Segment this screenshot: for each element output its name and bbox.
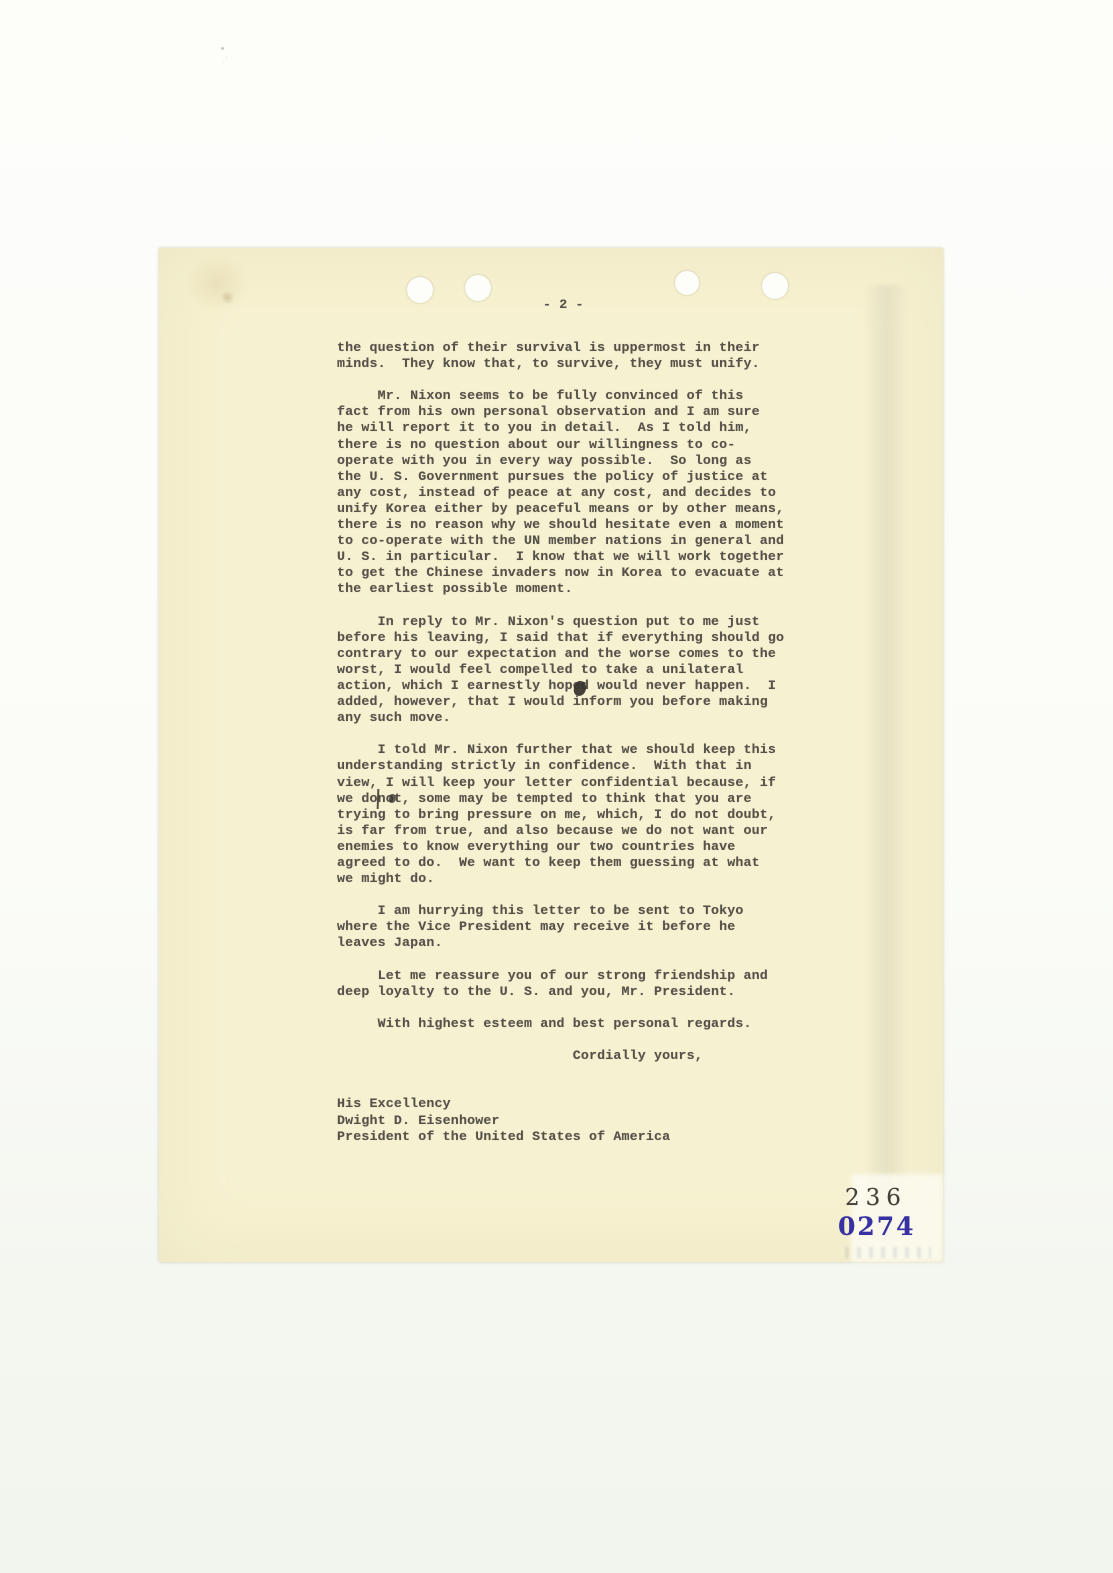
paragraph-1: the question of their survival is upperm… xyxy=(337,340,784,372)
scan-speck xyxy=(221,47,224,50)
paragraph-2: Mr. Nixon seems to be fully convinced of… xyxy=(337,388,784,597)
stamp-ghost-marks xyxy=(845,1247,931,1258)
scanner-smudge-streak xyxy=(864,285,908,1240)
address-block: His Excellency Dwight D. Eisenhower Pres… xyxy=(337,1096,784,1144)
letter-body: the question of their survival is upperm… xyxy=(337,340,784,1145)
paragraph-3: In reply to Mr. Nixon's question put to … xyxy=(337,614,784,727)
punch-hole-3 xyxy=(675,271,699,295)
paragraph-5: I am hurrying this letter to be sent to … xyxy=(337,903,784,951)
archive-stamp-blue: 0274 xyxy=(838,1213,916,1241)
paper-stain xyxy=(184,254,250,314)
closing: Cordially yours, xyxy=(337,1048,784,1064)
punch-hole-4 xyxy=(762,273,788,299)
paper-stain-spot xyxy=(220,291,235,304)
paragraph-6: Let me reassure you of our strong friend… xyxy=(337,968,784,1000)
page-number: - 2 - xyxy=(543,297,584,313)
scanned-document-background: - 2 - the question of their survival is … xyxy=(0,0,1113,1573)
paragraph-7: With highest esteem and best personal re… xyxy=(337,1016,784,1032)
paragraph-4: I told Mr. Nixon further that we should … xyxy=(337,742,784,887)
punch-hole-1 xyxy=(407,277,433,303)
punch-hole-2 xyxy=(465,275,491,301)
archive-stamp-black: 236 xyxy=(845,1185,907,1211)
